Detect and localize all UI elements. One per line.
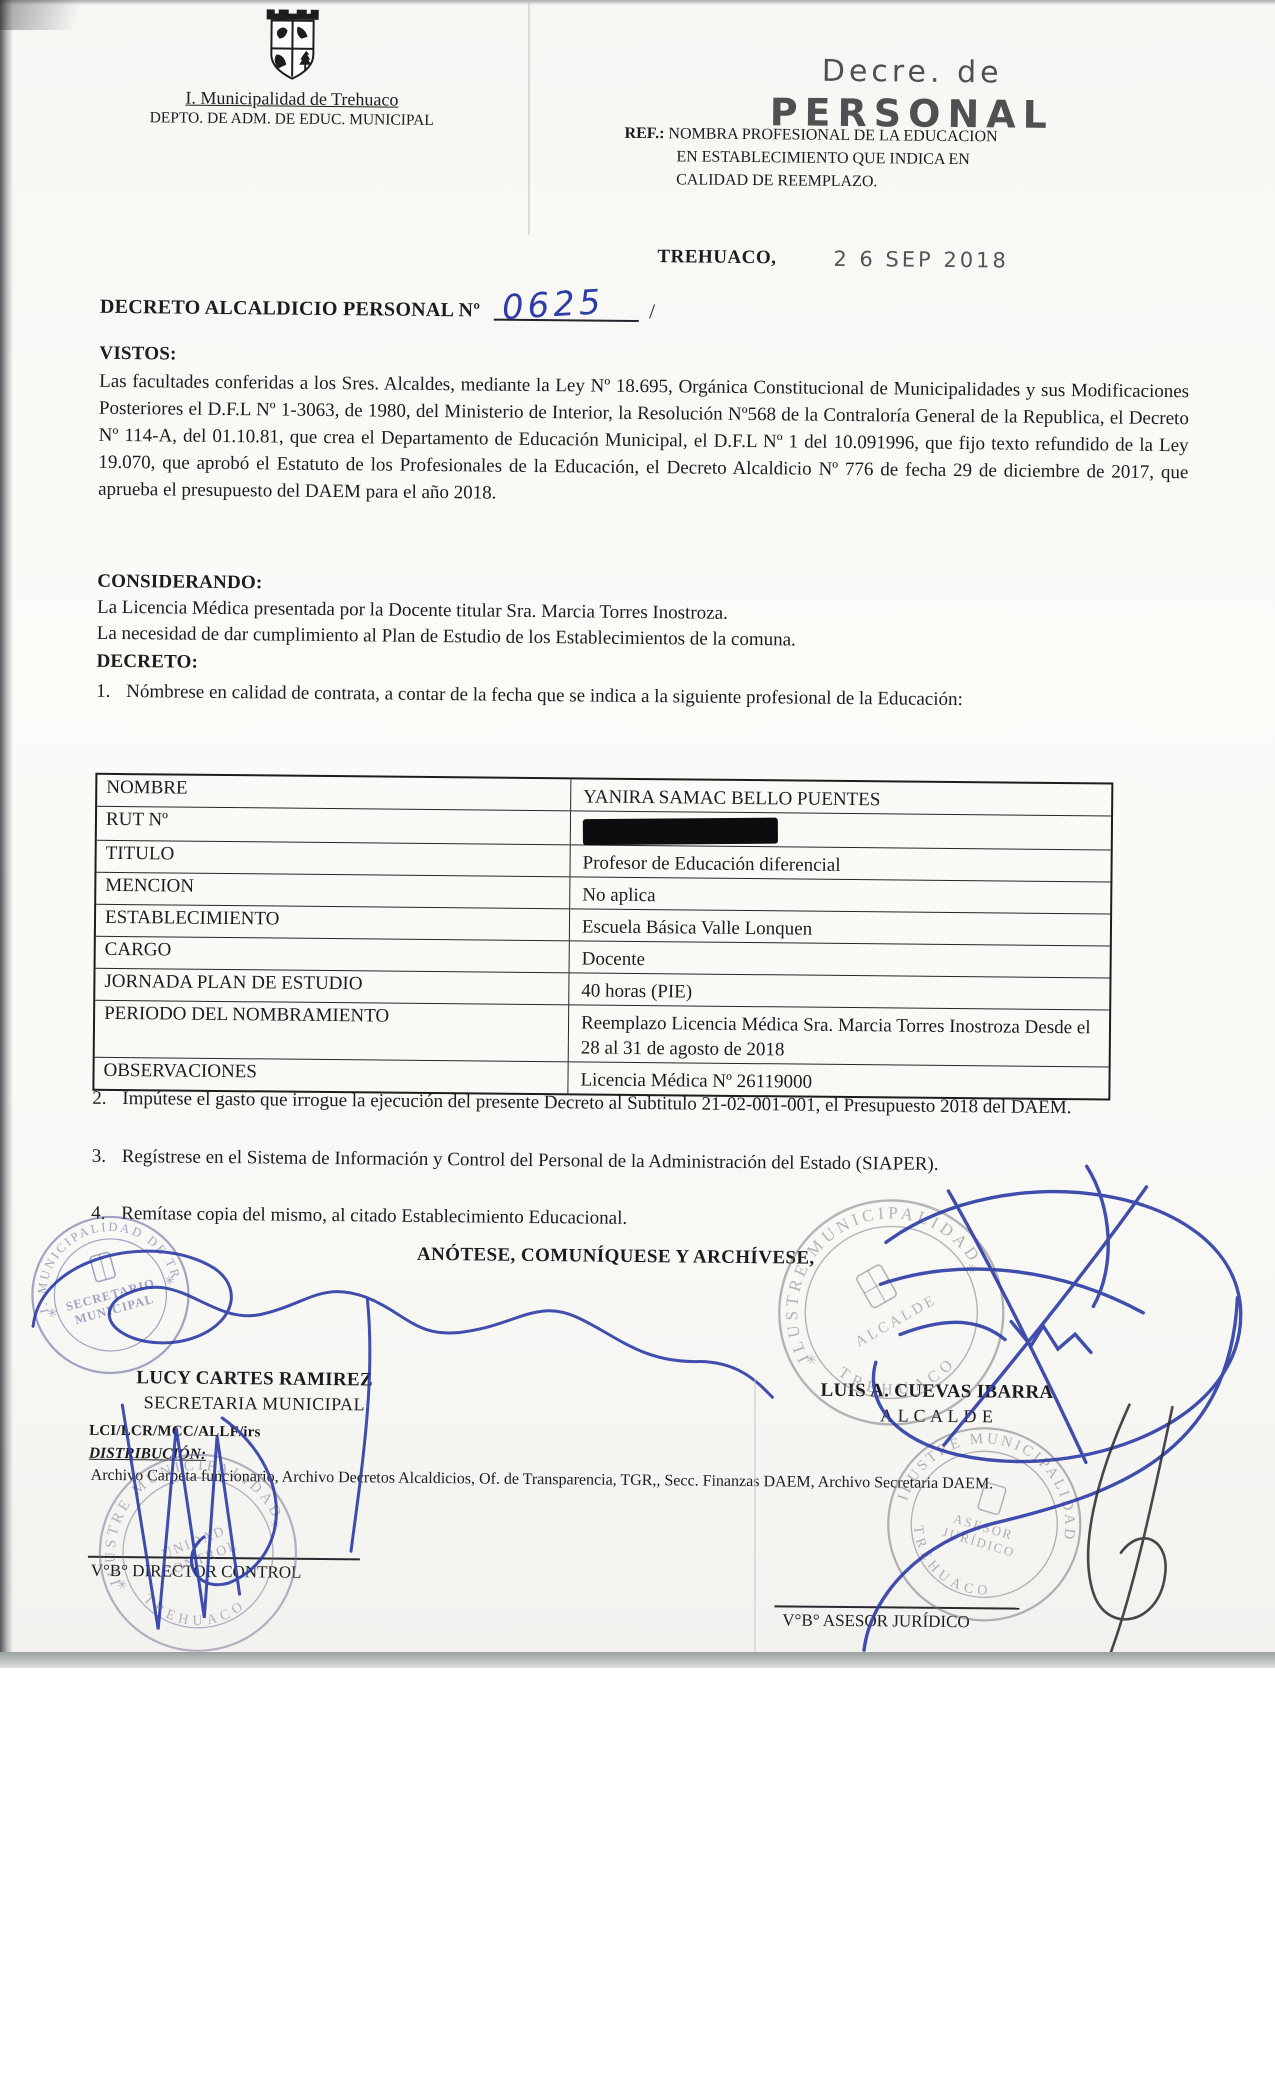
scan-paper: I. Municipalidad de Trehuaco DEPTO. DE A… [0, 0, 1275, 1652]
decree-slash: / [649, 299, 655, 323]
item-text: Remítase copia del mismo, al citado Esta… [91, 1200, 1191, 1238]
row-label: NOMBRE [97, 775, 571, 811]
scan-left-edge-shadow [0, 0, 13, 1652]
paper-fold-line [754, 1378, 756, 1652]
row-value [571, 811, 1111, 849]
rut-redaction-bar [583, 818, 778, 846]
row-label: TITULO [96, 841, 570, 877]
row-value: YANIRA SAMAC BELLO PUENTES [571, 779, 1111, 815]
svg-text:✳: ✳ [963, 1260, 980, 1278]
decree-label: DECRETO ALCALDICIO PERSONAL Nº [100, 296, 481, 322]
row-value: 40 horas (PIE) [569, 973, 1109, 1009]
row-value: Docente [570, 941, 1110, 977]
signature-asesor-juridico-ink [1087, 1404, 1172, 1655]
svg-text:TREHUACO: TREHUACO [138, 1560, 252, 1650]
row-label: JORNADA PLAN DE ESTUDIO [95, 969, 569, 1005]
svg-text:✳: ✳ [45, 1305, 58, 1321]
row-label: ESTABLECIMIENTO [96, 905, 570, 941]
item-text: Nómbrese en calidad de contrata, a conta… [96, 678, 1196, 716]
row-label: MENCION [96, 873, 570, 909]
row-value: No aplica [570, 877, 1110, 913]
vistos-body: Las facultades conferidas a los Sres. Al… [98, 368, 1189, 513]
date-stamp: 2 6 SEP 2018 [833, 247, 1009, 273]
letterhead: I. Municipalidad de Trehuaco DEPTO. DE A… [127, 1, 458, 130]
ref-label: REF.: [625, 125, 665, 142]
scan-bottom-edge-shadow [0, 1652, 1275, 1668]
svg-text:✳: ✳ [803, 1350, 820, 1368]
item-text: Regístrese en el Sistema de Información … [92, 1143, 1192, 1181]
item-number: 3. [92, 1143, 107, 1170]
paper-fold-line [528, 0, 530, 235]
appointment-table: NOMBREYANIRA SAMAC BELLO PUENTES RUT Nº … [92, 773, 1113, 1101]
decreto-item-3: 3. Regístrese en el Sistema de Informaci… [92, 1143, 1192, 1181]
decreto-item-4: 4. Remítase copia del mismo, al citado E… [91, 1200, 1191, 1238]
svg-text:ALCALDE: ALCALDE [853, 1292, 940, 1351]
considerando-heading: CONSIDERANDO: [97, 571, 262, 595]
row-value: Profesor de Educación diferencial [570, 845, 1110, 881]
decreto-heading: DECRETO: [96, 651, 198, 674]
signer-title: SECRETARIA MUNICIPAL [94, 1392, 414, 1416]
item-number: 2. [92, 1085, 107, 1112]
table-row: PERIODO DEL NOMBRAMIENTOReemplazo Licenc… [95, 1001, 1110, 1068]
department-name: DEPTO. DE ADM. DE EDUC. MUNICIPAL [127, 109, 457, 130]
decree-number-underline: 0625 [494, 293, 639, 322]
place-label: TREHUACO, [657, 246, 776, 269]
vistos-heading: VISTOS: [99, 343, 176, 366]
municipal-coat-of-arms-icon [259, 2, 326, 87]
item-number: 1. [96, 678, 111, 705]
scan-top-edge-shadow [0, 0, 1275, 5]
row-label: PERIODO DEL NOMBRAMIENTO [95, 1001, 570, 1062]
scanned-decree-page: I. Municipalidad de Trehuaco DEPTO. DE A… [0, 0, 1275, 2100]
row-value: Reemplazo Licencia Médica Sra. Marcia To… [569, 1005, 1110, 1066]
decreto-item-1: 1. Nómbrese en calidad de contrata, a co… [96, 678, 1196, 716]
municipality-name: I. Municipalidad de Trehuaco [127, 87, 457, 111]
decree-number-handwritten: 0625 [501, 282, 606, 328]
stamp-line-1: Decre. de [742, 53, 1082, 91]
page-content: I. Municipalidad de Trehuaco DEPTO. DE A… [0, 0, 1275, 1658]
ref-line-3: CALIDAD DE REEMPLAZO. [624, 168, 1094, 196]
ref-block: REF.: NOMBRA PROFESIONAL DE LA EDUCACION… [624, 122, 1095, 196]
scan-corner-shadow [0, 0, 110, 30]
row-label: CARGO [96, 937, 570, 973]
decree-number-line: DECRETO ALCALDICIO PERSONAL Nº0625/ [100, 289, 800, 326]
row-label: RUT Nº [97, 807, 571, 845]
row-value: Escuela Básica Valle Lonquen [570, 909, 1110, 945]
